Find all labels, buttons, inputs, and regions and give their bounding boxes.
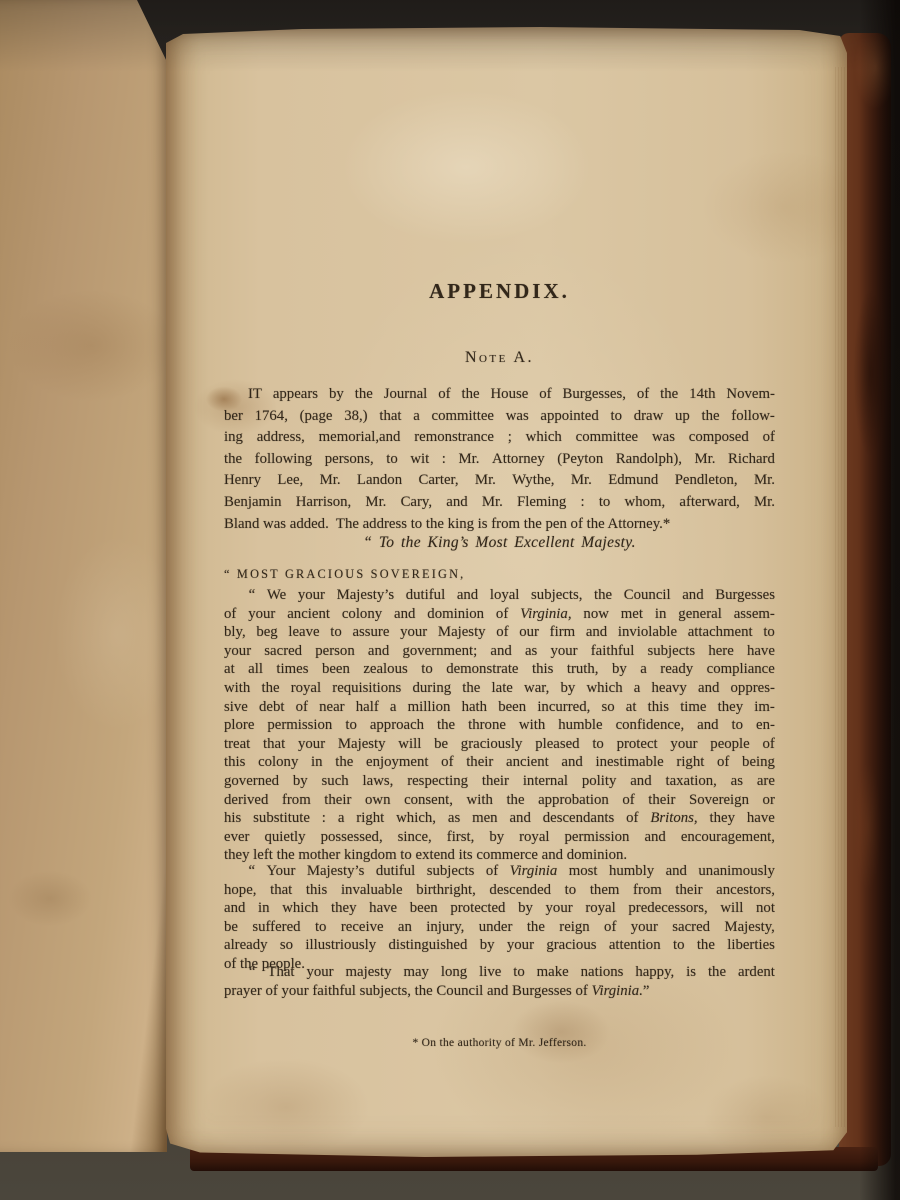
salutation-line: “ MOST GRACIOUS SOVEREIGN, <box>224 567 775 582</box>
book-page: APPENDIX. Note A. ITappearsbytheJournalo… <box>166 27 847 1157</box>
text-line: bly,begleavetoassureyourMajestyofourfirm… <box>224 623 775 642</box>
text-line: HenryLee,Mr.LandonCarter,Mr.Wythe,Mr.Edm… <box>224 470 775 492</box>
text-line: prayer of your faithful subjects, the Co… <box>224 982 775 1001</box>
facing-page <box>0 0 167 1152</box>
text-line: ofyourancientcolonyanddominionofVirginia… <box>224 605 775 624</box>
text-line: hope,thatthisinvaluablebirthright,descen… <box>224 881 775 900</box>
text-line: “Thatyourmajestymaylonglivetomakenations… <box>224 963 775 982</box>
page-text: APPENDIX. Note A. ITappearsbytheJournalo… <box>224 27 775 1157</box>
text-line: yoursacredpersonandgovernment;andasyourf… <box>224 642 775 661</box>
footnote: * On the authority of Mr. Jefferson. <box>224 1037 775 1049</box>
text-line: thefollowingpersons,towit:Mr.Attorney(Pe… <box>224 449 775 471</box>
text-line: besufferedtoreceiveaninjury,underthereig… <box>224 918 775 937</box>
page-stack-lines <box>833 67 845 1127</box>
text-line: thiscolonyintheenjoymentoftheirancientan… <box>224 753 775 772</box>
text-line: governedbysuchlaws,respectingtheirintern… <box>224 772 775 791</box>
text-line: Bland was added. The address to the king… <box>224 514 775 536</box>
page-title: APPENDIX. <box>224 279 775 304</box>
book-photo: APPENDIX. Note A. ITappearsbytheJournalo… <box>0 0 900 1200</box>
text-line: ingaddress,memorial,andremonstrance;whic… <box>224 427 775 449</box>
text-line: hissubstitute:arightwhich,asmenanddescen… <box>224 809 775 828</box>
text-line: andinwhichtheyhavebeenprotectedbyyourroy… <box>224 899 775 918</box>
text-line: atalltimesbeenzealoustodemonstratethistr… <box>224 660 775 679</box>
body-paragraph-2: “YourMajesty’sdutifulsubjectsofVirginiam… <box>224 862 775 974</box>
address-heading: “ To the King’s Most Excellent Majesty. <box>224 534 775 552</box>
text-line: treatthatyourMajestywillbegraciouslyplea… <box>224 735 775 754</box>
text-line: ITappearsbytheJournaloftheHouseofBurgess… <box>224 384 775 406</box>
text-line: plorepermissiontoapproachthethronewithhu… <box>224 716 775 735</box>
note-heading: Note A. <box>224 349 775 367</box>
text-line: alreadysoillustriouslydistinguishedbyyou… <box>224 936 775 955</box>
text-line: “YourMajesty’sdutifulsubjectsofVirginiam… <box>224 862 775 881</box>
text-line: sivedebtofnearhalfamillionhathbeenincurr… <box>224 698 775 717</box>
text-line: BenjaminHarrison,Mr.Cary,andMr.Fleming:t… <box>224 492 775 514</box>
text-line: everquietlypossessed,since,first,byroyal… <box>224 828 775 847</box>
text-line: withtheroyalrequisitionsduringthelatewar… <box>224 679 775 698</box>
text-line: derivedfromtheirownconsent,withtheapprob… <box>224 791 775 810</box>
text-line: “WeyourMajesty’sdutifulandloyalsubjects,… <box>224 586 775 605</box>
body-paragraph-1: “WeyourMajesty’sdutifulandloyalsubjects,… <box>224 586 775 865</box>
text-line: ber1764,(page38,)thatacommitteewasappoin… <box>224 406 775 428</box>
intro-paragraph: ITappearsbytheJournaloftheHouseofBurgess… <box>224 384 775 535</box>
body-paragraph-3: “Thatyourmajestymaylonglivetomakenations… <box>224 963 775 1000</box>
